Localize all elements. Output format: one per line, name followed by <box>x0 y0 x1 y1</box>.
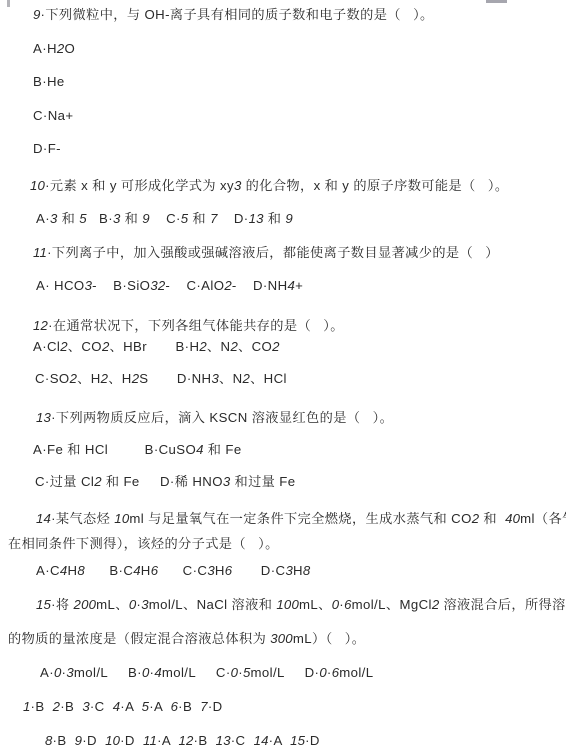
question-9-stem: 9·下列微粒中，与 OH-离子具有相同的质子数和电子数的是（ ）。 <box>33 7 434 23</box>
scan-artifact-left <box>7 0 10 7</box>
exam-document-page: 9·下列微粒中，与 OH-离子具有相同的质子数和电子数的是（ ）。 A·H2O … <box>0 0 566 753</box>
question-12-options-cd: C·SO2、H2、H2S D·NH3、N2、HCl <box>35 371 287 387</box>
question-9-option-d: D·F- <box>33 141 61 157</box>
question-13-options-ab: A·Fe 和 HCl B·CuSO4 和 Fe <box>33 442 242 458</box>
question-12-stem: 12·在通常状况下，下列各组气体能共存的是（ ）。 <box>33 318 344 334</box>
question-14-stem-line2: 在相同条件下测得），该烃的分子式是（ ）。 <box>8 536 279 552</box>
question-9-option-a: A·H2O <box>33 41 75 57</box>
question-15-stem-line2: 的物质的量浓度是（假定混合溶液总体积为 300mL）（ ）。 <box>8 631 365 647</box>
question-11-stem: 11·下列离子中，加入强酸或强碱溶液后，都能使离子数目显著减少的是（ ） <box>33 245 499 261</box>
question-15-options: A·0·3mol/L B·0·4mol/L C·0·5mol/L D·0·6mo… <box>40 665 373 681</box>
question-10-options: A·3 和 5 B·3 和 9 C·5 和 7 D·13 和 9 <box>36 211 293 227</box>
question-9-option-c: C·Na+ <box>33 108 73 124</box>
question-14-stem-line1: 14·某气态烃 10ml 与足量氧气在一定条件下完全燃烧，生成水蒸气和 CO2 … <box>36 511 566 527</box>
scan-artifact-top <box>486 0 507 3</box>
answer-key-line-1: 1·B 2·B 3·C 4·A 5·A 6·B 7·D <box>23 699 223 715</box>
question-9-option-b: B·He <box>33 74 65 90</box>
question-13-stem: 13·下列两物质反应后，滴入 KSCN 溶液显红色的是（ ）。 <box>36 410 393 426</box>
question-10-stem: 10·元素 x 和 y 可形成化学式为 xy3 的化合物，x 和 y 的原子序数… <box>30 178 508 194</box>
question-11-options: A· HCO3- B·SiO32- C·AlO2- D·NH4+ <box>36 278 303 294</box>
question-14-options: A·C4H8 B·C4H6 C·C3H6 D·C3H8 <box>36 563 310 579</box>
question-15-stem-line1: 15·将 200mL、0·3mol/L、NaCl 溶液和 100mL、0·6mo… <box>36 597 566 613</box>
answer-key-line-2: 8·B 9·D 10·D 11·A 12·B 13·C 14·A 15·D <box>45 733 320 749</box>
question-12-options-ab: A·Cl2、CO2、HBr B·H2、N2、CO2 <box>33 339 280 355</box>
question-13-options-cd: C·过量 Cl2 和 Fe D·稀 HNO3 和过量 Fe <box>35 474 296 490</box>
